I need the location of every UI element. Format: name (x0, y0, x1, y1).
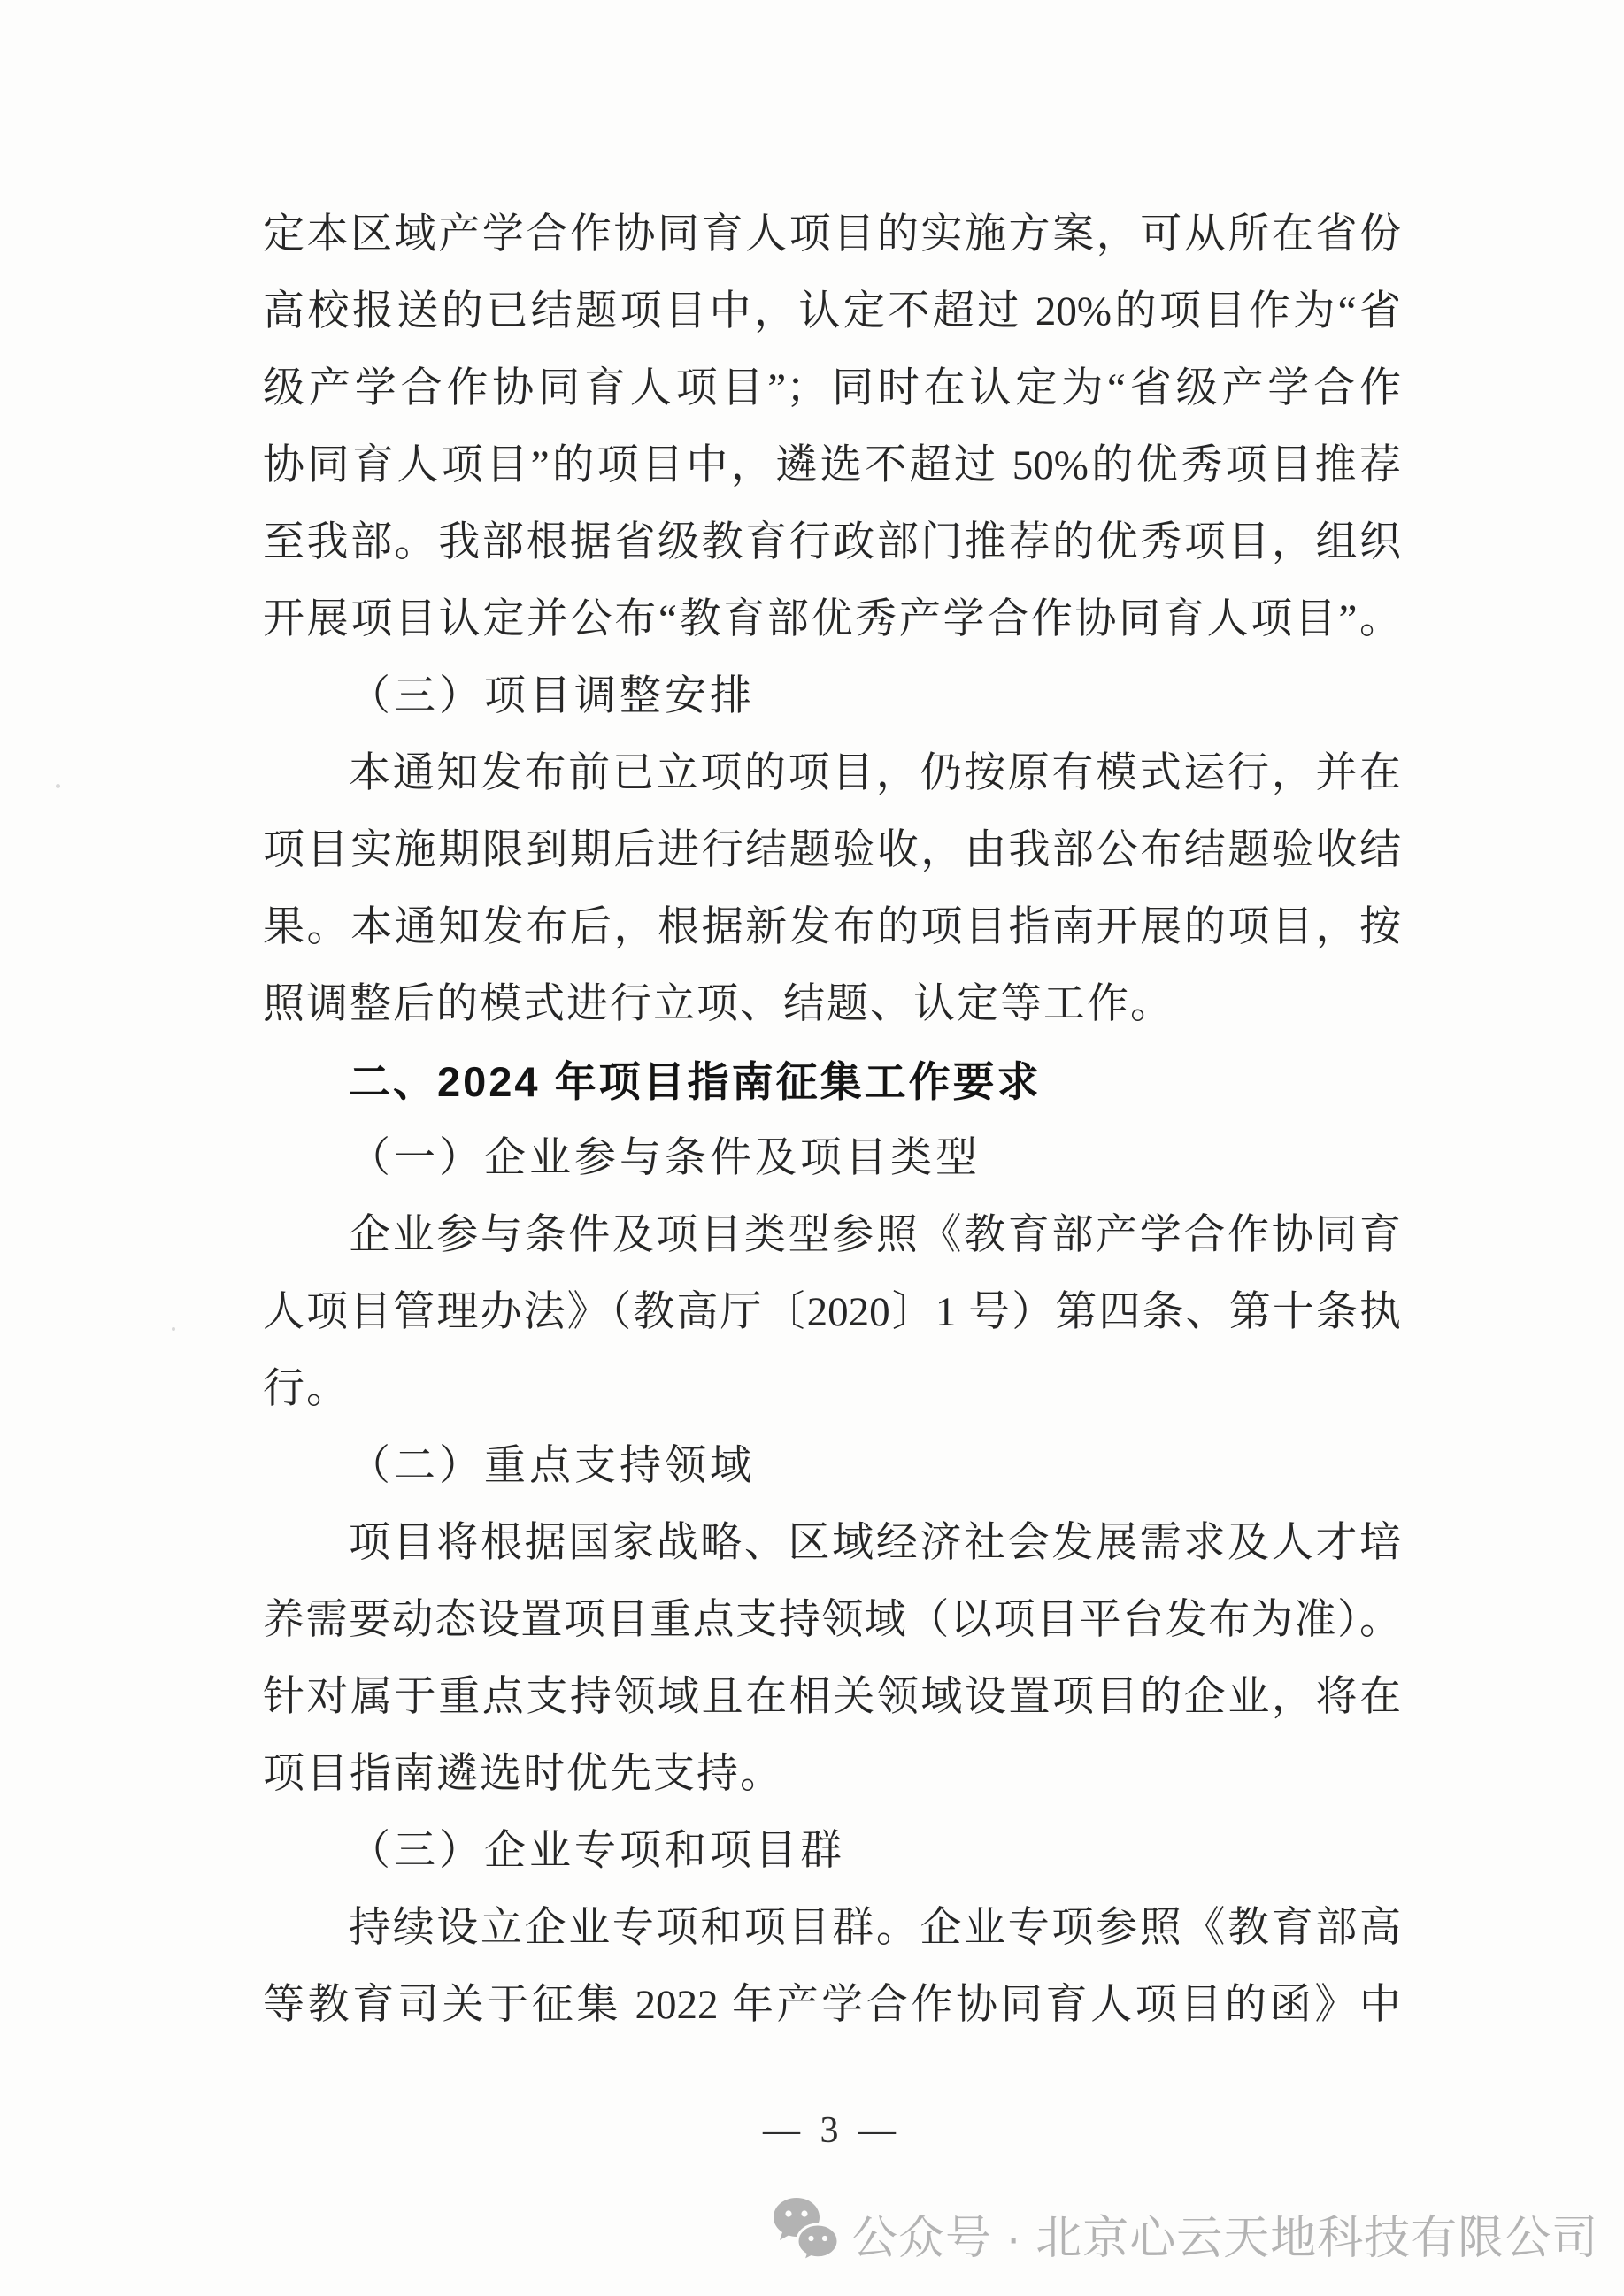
text-line-9: 项目实施期限到期后进行结题验收，由我部公布结题验收结 (263, 812, 1401, 889)
text-line-14: 企业参与条件及项目类型参照《教育部产学合作协同育 (263, 1197, 1401, 1274)
scan-speck (172, 1327, 175, 1331)
document-page: 定本区域产学合作协同育人项目的实施方案，可从所在省份高校报送的已结题项目中，认定… (0, 0, 1624, 2296)
text-line-6: 开展项目认定并公布“教育部优秀产学合作协同育人项目”。 (263, 581, 1401, 658)
text-line-17: （二）重点支持领域 (263, 1428, 1401, 1505)
text-line-22: （三）企业专项和项目群 (263, 1813, 1401, 1890)
watermark-text: 公众号 · 北京心云天地科技有限公司 (851, 2200, 1598, 2267)
text-line-24: 等教育司关于征集 2022 年产学合作协同育人项目的函》中 (263, 1967, 1401, 2044)
text-line-18: 项目将根据国家战略、区域经济社会发展需求及人才培 (263, 1505, 1401, 1582)
watermark: 公众号 · 北京心云天地科技有限公司 (772, 2192, 1598, 2274)
text-line-10: 果。本通知发布后，根据新发布的项目指南开展的项目，按 (263, 889, 1401, 966)
text-line-16: 行。 (263, 1351, 1401, 1428)
text-line-7: （三）项目调整安排 (263, 658, 1401, 735)
text-line-13: （一）企业参与条件及项目类型 (263, 1120, 1401, 1197)
text-line-4: 协同育人项目”的项目中，遴选不超过 50%的优秀项目推荐 (263, 427, 1401, 504)
wechat-icon (772, 2196, 839, 2270)
text-line-21: 项目指南遴选时优先支持。 (263, 1736, 1401, 1813)
text-column: 定本区域产学合作协同育人项目的实施方案，可从所在省份高校报送的已结题项目中，认定… (263, 196, 1401, 2044)
text-line-5: 至我部。我部根据省级教育行政部门推荐的优秀项目，组织 (263, 504, 1401, 581)
text-line-3: 级产学合作协同育人项目”；同时在认定为“省级产学合作 (263, 350, 1401, 427)
text-line-20: 针对属于重点支持领域且在相关领域设置项目的企业，将在 (263, 1659, 1401, 1736)
text-line-15: 人项目管理办法》（教高厅〔2020〕1 号）第四条、第十条执 (263, 1274, 1401, 1351)
text-line-12: 二、2024 年项目指南征集工作要求 (263, 1043, 1401, 1120)
text-line-2: 高校报送的已结题项目中，认定不超过 20%的项目作为“省 (263, 273, 1401, 350)
text-line-23: 持续设立企业专项和项目群。企业专项参照《教育部高 (263, 1890, 1401, 1967)
scan-speck (56, 784, 60, 788)
text-line-11: 照调整后的模式进行立项、结题、认定等工作。 (263, 966, 1401, 1043)
text-line-1: 定本区域产学合作协同育人项目的实施方案，可从所在省份 (263, 196, 1401, 273)
page-number: — 3 — (263, 2104, 1401, 2157)
text-line-19: 养需要动态设置项目重点支持领域（以项目平台发布为准）。 (263, 1582, 1401, 1659)
text-line-8: 本通知发布前已立项的项目，仍按原有模式运行，并在 (263, 735, 1401, 812)
